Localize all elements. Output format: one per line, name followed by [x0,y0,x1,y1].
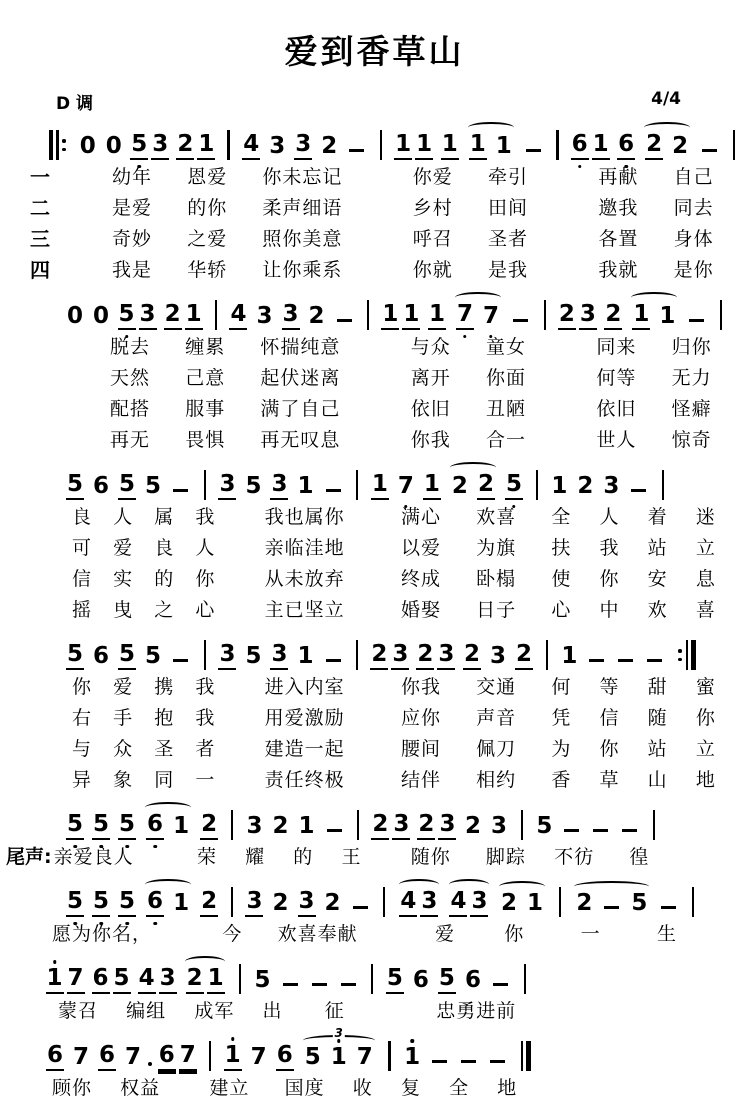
note-digit: 5 [438,967,456,994]
note: 5 [144,645,162,670]
note-digit: 5 [254,969,272,994]
beam-group: 17 [44,967,86,994]
note: 6 [92,475,110,500]
note: 3 [489,645,507,670]
beam-group: 11 [393,133,435,160]
verse-number: 二 [30,192,56,221]
note: 6 [46,1044,64,1071]
note: 2 [271,892,289,917]
note-digit: 1 [381,303,399,330]
note: 6 [92,967,110,994]
note-digit: 3 [139,303,157,330]
note-digit: 7 [67,967,85,994]
dash-note [589,659,604,662]
barline [378,130,383,160]
lyric-line: 你 爱 携 我 进入内室 你我 交通 何 等 甜 蜜 [72,670,749,701]
note: 1 [172,815,190,840]
note: 2 [558,303,576,330]
note: 3 [159,967,177,994]
note-digit: 6 [146,890,164,917]
note-digit: 3 [420,890,438,917]
lyric-text: 幼年 恩爱 你未忘记 你爱 牵引 再献 自己 [112,162,714,189]
bar-stroke [231,810,233,840]
barline [207,1041,212,1071]
note-digit: 1 [46,967,64,994]
note-digit: 3 [602,475,620,500]
note: 7 [179,1044,197,1071]
beam-group: 11 [380,303,422,330]
bar-stroke [521,810,523,840]
note-digit: 7 [356,1046,374,1071]
note: 2 [186,967,204,994]
beam-group: 53 [129,133,171,160]
note: 3 [579,303,597,330]
beam-group: 43 [448,890,490,917]
note: 6 [146,890,164,917]
note-digit: 2 [500,892,518,917]
barline [519,810,524,840]
dash-note [618,659,633,662]
note: 3 [438,813,456,840]
note-digit: 5 [92,890,110,917]
lyric-text: 你 爱 携 我 进入内室 你我 交通 何 等 甜 蜜 [72,672,716,699]
dash-note [526,149,541,152]
note-digit: 0 [66,305,84,330]
lyric-text: 可 爱 良 人 亲临洼地 以爱 为旗 扶 我 站 立 [72,533,716,560]
bar-stroke [357,810,359,840]
note-digit: 6 [617,133,635,160]
note: 2 [371,813,389,840]
lyric-text: 奇妙 之爱 照你美意 呼召 圣者 各置 身体 [112,224,714,251]
note: 5 [92,813,110,840]
note: 5 [144,475,162,500]
meta-row: D 调 4/4 [56,89,681,114]
barline [542,300,547,330]
note-digit: 1 [172,892,190,917]
notation-line: 56553531171225123 [62,458,749,500]
dash-note [353,906,368,909]
note-digit: 5 [66,643,84,670]
note: 7 [250,1046,268,1071]
bar-stroke [356,470,358,500]
slur-group: 77 [452,303,504,330]
dash-note [702,149,717,152]
note: 4 [138,967,156,994]
note-digit: 7 [397,475,415,500]
note: 3 [139,303,157,330]
note-digit: 2 [576,475,594,500]
note: 2 [324,892,342,917]
note-digit: 3 [470,890,488,917]
lyric-text: 愿为你名， 今 欢喜奉献 爱 你 一 生 [52,919,677,946]
dash-note [312,983,327,986]
note-digit: 1 [185,303,203,330]
verse-number: 三 [30,223,56,252]
note: 0 [79,135,97,160]
slur-group: 43 [396,890,442,917]
note-digit: 1 [296,645,314,670]
note: 3 [391,643,409,670]
note: 1 [207,967,225,994]
note: 3 [218,473,236,500]
note: 1 [592,133,610,160]
note: 5 [66,890,84,917]
dash-note [326,659,341,662]
note-digit: 1 [441,133,459,160]
note: 5 [130,133,148,160]
lyric-line: 异 象 同 一 责任终极 结伴 相约 香 草 山 地 [72,763,749,794]
bar-stroke [227,130,229,160]
barline [718,300,723,330]
notation-line: 67676717635171 [42,1029,749,1071]
octave-dot-high [337,1039,341,1043]
note: 6 [92,645,110,670]
note-digit: 6 [276,1044,294,1071]
note-digit: 6 [46,1044,64,1071]
note: 7 [356,1046,374,1071]
note-digit: 3 [159,967,177,994]
note-digit: 7 [456,303,474,330]
dash-note [283,983,298,986]
bar-stroke [692,887,694,917]
note-digit: 2 [200,813,218,840]
note: 1 [550,475,568,500]
note: 1 [172,892,190,917]
note: 5 [244,475,262,500]
repeat-dot [678,658,682,662]
bar-stroke [204,470,206,500]
note: 2 [200,890,218,917]
note: 7 [482,305,500,330]
note: 2 [463,643,481,670]
octave-dot-low [463,335,467,339]
note: 3 [268,135,286,160]
dash-note [341,983,356,986]
lyric-line: 右 手 抱 我 用爱激励 应你 声音 凭 信 随 你 [72,701,749,732]
notation-line: 5655353123232321 [62,628,749,670]
note-digit: 5 [244,475,262,500]
note: 5 [438,967,456,994]
note: 5 [66,643,84,670]
barline [237,964,242,994]
beam-group: 53 [116,303,158,330]
octave-dot-low [404,505,408,509]
repeat-dot [62,139,66,143]
note-digit: 3 [255,305,273,330]
note: 2 [370,643,388,670]
note-digit: 2 [416,643,434,670]
bar-stroke [388,1041,390,1071]
dash-note [326,489,341,492]
note-digit: 7 [72,1046,90,1071]
note-digit: 6 [464,969,482,994]
repeat-dot [62,148,66,152]
barline [660,470,665,500]
note-digit: 5 [113,967,131,994]
bar-stroke [524,964,526,994]
dash-note [622,829,637,832]
note: 2 [308,305,326,330]
octave-dot-low [512,505,516,509]
note: 1 [371,473,389,500]
note: 3 [218,643,236,670]
note-digit: 2 [558,303,576,330]
note: 2 [417,813,435,840]
note: 3 [392,813,410,840]
note-digit: 3 [490,815,508,840]
octave-dot-low [73,845,77,849]
note: 0 [66,305,84,330]
beam-group: 43 [136,967,178,994]
slur-group: 25 [571,892,652,917]
note: 3 [420,890,438,917]
lyric-text: 是爱 的你 柔声细语 乡村 田间 邀我 同去 [112,193,714,220]
note-digit: 1 [197,133,215,160]
note-digit: 1 [560,645,578,670]
barline [202,640,207,670]
barline [534,470,539,500]
note-digit: 2 [417,813,435,840]
dash-note [432,1060,447,1063]
lyric-line: 二是爱 的你 柔声细语 乡村 田间 邀我 同去 [30,191,749,222]
note: 2 [515,643,533,670]
bar-stroke [383,887,385,917]
barline [690,887,695,917]
note-digit: 6 [571,133,589,160]
note: 1 [423,473,441,500]
note: 2 [320,135,338,160]
note: 3 [490,815,508,840]
barline [731,130,736,160]
score: 00532143321111161622一幼年 恩爱 你未忘记 你爱 牵引 再献… [0,118,749,1098]
note: 1 [658,305,676,330]
lyric-line: 顾你 权益 建立 国度 收 复 全 地 [52,1071,749,1098]
bar-stroke [544,300,546,330]
note: 2 [500,892,518,917]
octave-dot-low [153,845,157,849]
beam-group: 23 [556,303,598,330]
thick-bar-stroke [526,1041,531,1071]
lyric-line: 与 众 圣 者 建造一起 腰间 佩刀 为 你 站 立 [72,732,749,763]
bar-stroke [215,300,217,330]
note-digit: 1 [402,303,420,330]
lyric-text: 良 人 属 我 我也属你 满心 欢喜 全 人 着 迷 [72,502,716,529]
note: 3 [270,643,288,670]
octave-dot-high [410,1039,414,1043]
notation-line: 1765432155656 [42,952,749,994]
octave-dot-low [73,922,77,926]
note-digit: 1 [658,305,676,330]
lyric-text: 再无 畏惧 再无叹息 你我 合一 世人 惊奇 [110,425,712,452]
note: 6 [146,813,164,840]
note-digit: 6 [158,1044,176,1071]
sheet-music-page: 爱到香草山 D 调 4/4 00532143321111161622一幼年 恩爱… [0,26,749,1098]
note: 3 [298,890,316,917]
note-digit: 3 [489,645,507,670]
note: 3 [602,475,620,500]
lyric-text: 异 象 同 一 责任终极 结伴 相约 香 草 山 地 [72,765,716,792]
note-digit: 3 [282,303,300,330]
beam-group: 23 [370,813,412,840]
note: 5 [535,815,553,840]
beam-group: 65 [90,967,132,994]
bar-stroke [662,470,664,500]
note: 3 [245,815,263,840]
note: 6 [617,133,635,160]
note-digit: 5 [505,473,523,500]
note: 7 [67,967,85,994]
note-digit: 2 [515,643,533,670]
note-digit: 3 [245,815,263,840]
note-digit: 1 [296,475,314,500]
note-digit: 1 [207,967,225,994]
note: 5 [244,645,262,670]
note-digit: 3 [218,473,236,500]
lyrics-block: 蒙召 编组 成军 出 征 忠勇进前 [0,994,749,1025]
triplet-group: 3517 [300,1046,378,1071]
dash-note [647,659,662,662]
note: 4 [229,303,247,330]
note-digit: 5 [144,475,162,500]
barline [544,640,549,670]
note-digit: 3 [270,643,288,670]
lyric-text: 摇 曳 之 心 主已坚立 婚娶 日子 心 中 欢 喜 [72,595,716,622]
barline [366,300,371,330]
system: 5556123212323235尾声:亲爱良人 荣 耀 的 王 随你 脚踪 不彷… [0,798,749,871]
note: 1 [46,967,64,994]
note: 0 [105,135,123,160]
lyric-text: 与 众 圣 者 建造一起 腰间 佩刀 为 你 站 立 [72,734,716,761]
repeat-end-barline [676,640,697,670]
note-digit: 4 [138,967,156,994]
note-digit: 7 [124,1046,142,1071]
dash-note [661,906,676,909]
slur-group: 61 [142,890,194,917]
note-digit: 5 [386,967,404,994]
note-digit: 2 [645,133,663,160]
note-digit: 1 [592,133,610,160]
note-digit: 6 [98,1044,116,1071]
lyrics-block: 一幼年 恩爱 你未忘记 你爱 牵引 再献 自己二是爱 的你 柔声细语 乡村 田间… [0,160,749,284]
bar-stroke [556,130,558,160]
note: 5 [113,967,131,994]
lyric-text: 天然 己意 起伏迷离 离开 你面 何等 无力 [110,363,712,390]
lyric-text: 脱去 缠累 怀揣纯意 与众 童女 同来 归你 [110,332,712,359]
thick-bar-stroke [691,640,696,670]
note: 2 [671,135,689,160]
note-digit: 5 [304,1046,322,1071]
note: 4 [242,133,260,160]
note-digit: 1 [403,1046,421,1071]
barline [555,130,560,160]
verse-number: 四 [30,254,56,283]
note: 1 [330,1046,348,1071]
note-digit: 2 [671,135,689,160]
note-digit: 6 [412,969,430,994]
note: 5 [66,473,84,500]
note: 3 [470,890,488,917]
note: 5 [118,303,136,330]
octave-dot-low [138,165,142,169]
note-digit: 1 [469,133,487,160]
note-digit: 7 [179,1044,197,1071]
note-digit: 2 [271,892,289,917]
note: 1 [526,892,544,917]
bar-stroke [239,964,241,994]
note-digit: 6 [92,475,110,500]
note: 4 [449,890,467,917]
note: 1 [296,475,314,500]
slur-group: 21 [182,967,228,994]
barline [557,887,562,917]
note-digit: 1 [423,473,441,500]
note-digit: 1 [495,135,513,160]
note: 7 [397,475,415,500]
beam-group: 23 [369,643,411,670]
note: 1 [560,645,578,670]
lyric-line: 四我是 华轿 让你乘系 你就 是我 我就 是你 [30,253,749,284]
note-digit: 3 [151,133,169,160]
note: 5 [118,643,136,670]
time-signature: 4/4 [651,89,681,114]
barline [382,887,387,917]
lyric-text: 配搭 服事 满了自己 依旧 丑陋 依旧 怪癖 [110,394,712,421]
verse-number: 一 [30,161,56,190]
note: 1 [632,303,650,330]
note: 4 [399,890,417,917]
note: 5 [630,892,648,917]
note-digit: 3 [437,643,455,670]
note-digit: 7 [482,305,500,330]
octave-dot-low [99,922,103,926]
bar-stroke [536,470,538,500]
note-digit: 6 [92,967,110,994]
octave-dot-high [53,960,57,964]
bar-stroke [521,1041,523,1071]
barline [387,1041,392,1071]
lyric-line: 信 实 的 你 从未放弃 终成 卧榻 使 你 安 息 [72,562,749,593]
note: 1 [185,303,203,330]
lyric-line: 良 人 属 我 我也属你 满心 欢喜 全 人 着 迷 [72,500,749,531]
octave-dot-low [125,335,129,339]
octave-dot-low [99,845,103,849]
octave-dot-low [153,922,157,926]
note-digit: 1 [371,473,389,500]
note: 3 [255,305,273,330]
note-digit: 5 [630,892,648,917]
note-digit: 1 [632,303,650,330]
note: 1 [428,303,446,330]
bar-stroke [204,640,206,670]
note-digit: 0 [92,305,110,330]
note: 2 [576,475,594,500]
note: 0 [92,305,110,330]
note-digit: 2 [271,815,289,840]
coda-label: 尾声: [6,842,52,869]
note: 5 [118,890,136,917]
note-digit: 3 [294,133,312,160]
notation-line: 00532143321111161622 [40,118,749,160]
final-barline [519,1041,532,1071]
note: 1 [197,133,215,160]
bar-stroke [653,810,655,840]
note: 1 [394,133,412,160]
lyric-line: 天然 己意 起伏迷离 离开 你面 何等 无力 [110,361,749,392]
note-digit: 5 [66,813,84,840]
lyric-text: 信 实 的 你 从未放弃 终成 卧榻 使 你 安 息 [72,564,716,591]
note: 6 [571,133,589,160]
note: 1 [381,303,399,330]
